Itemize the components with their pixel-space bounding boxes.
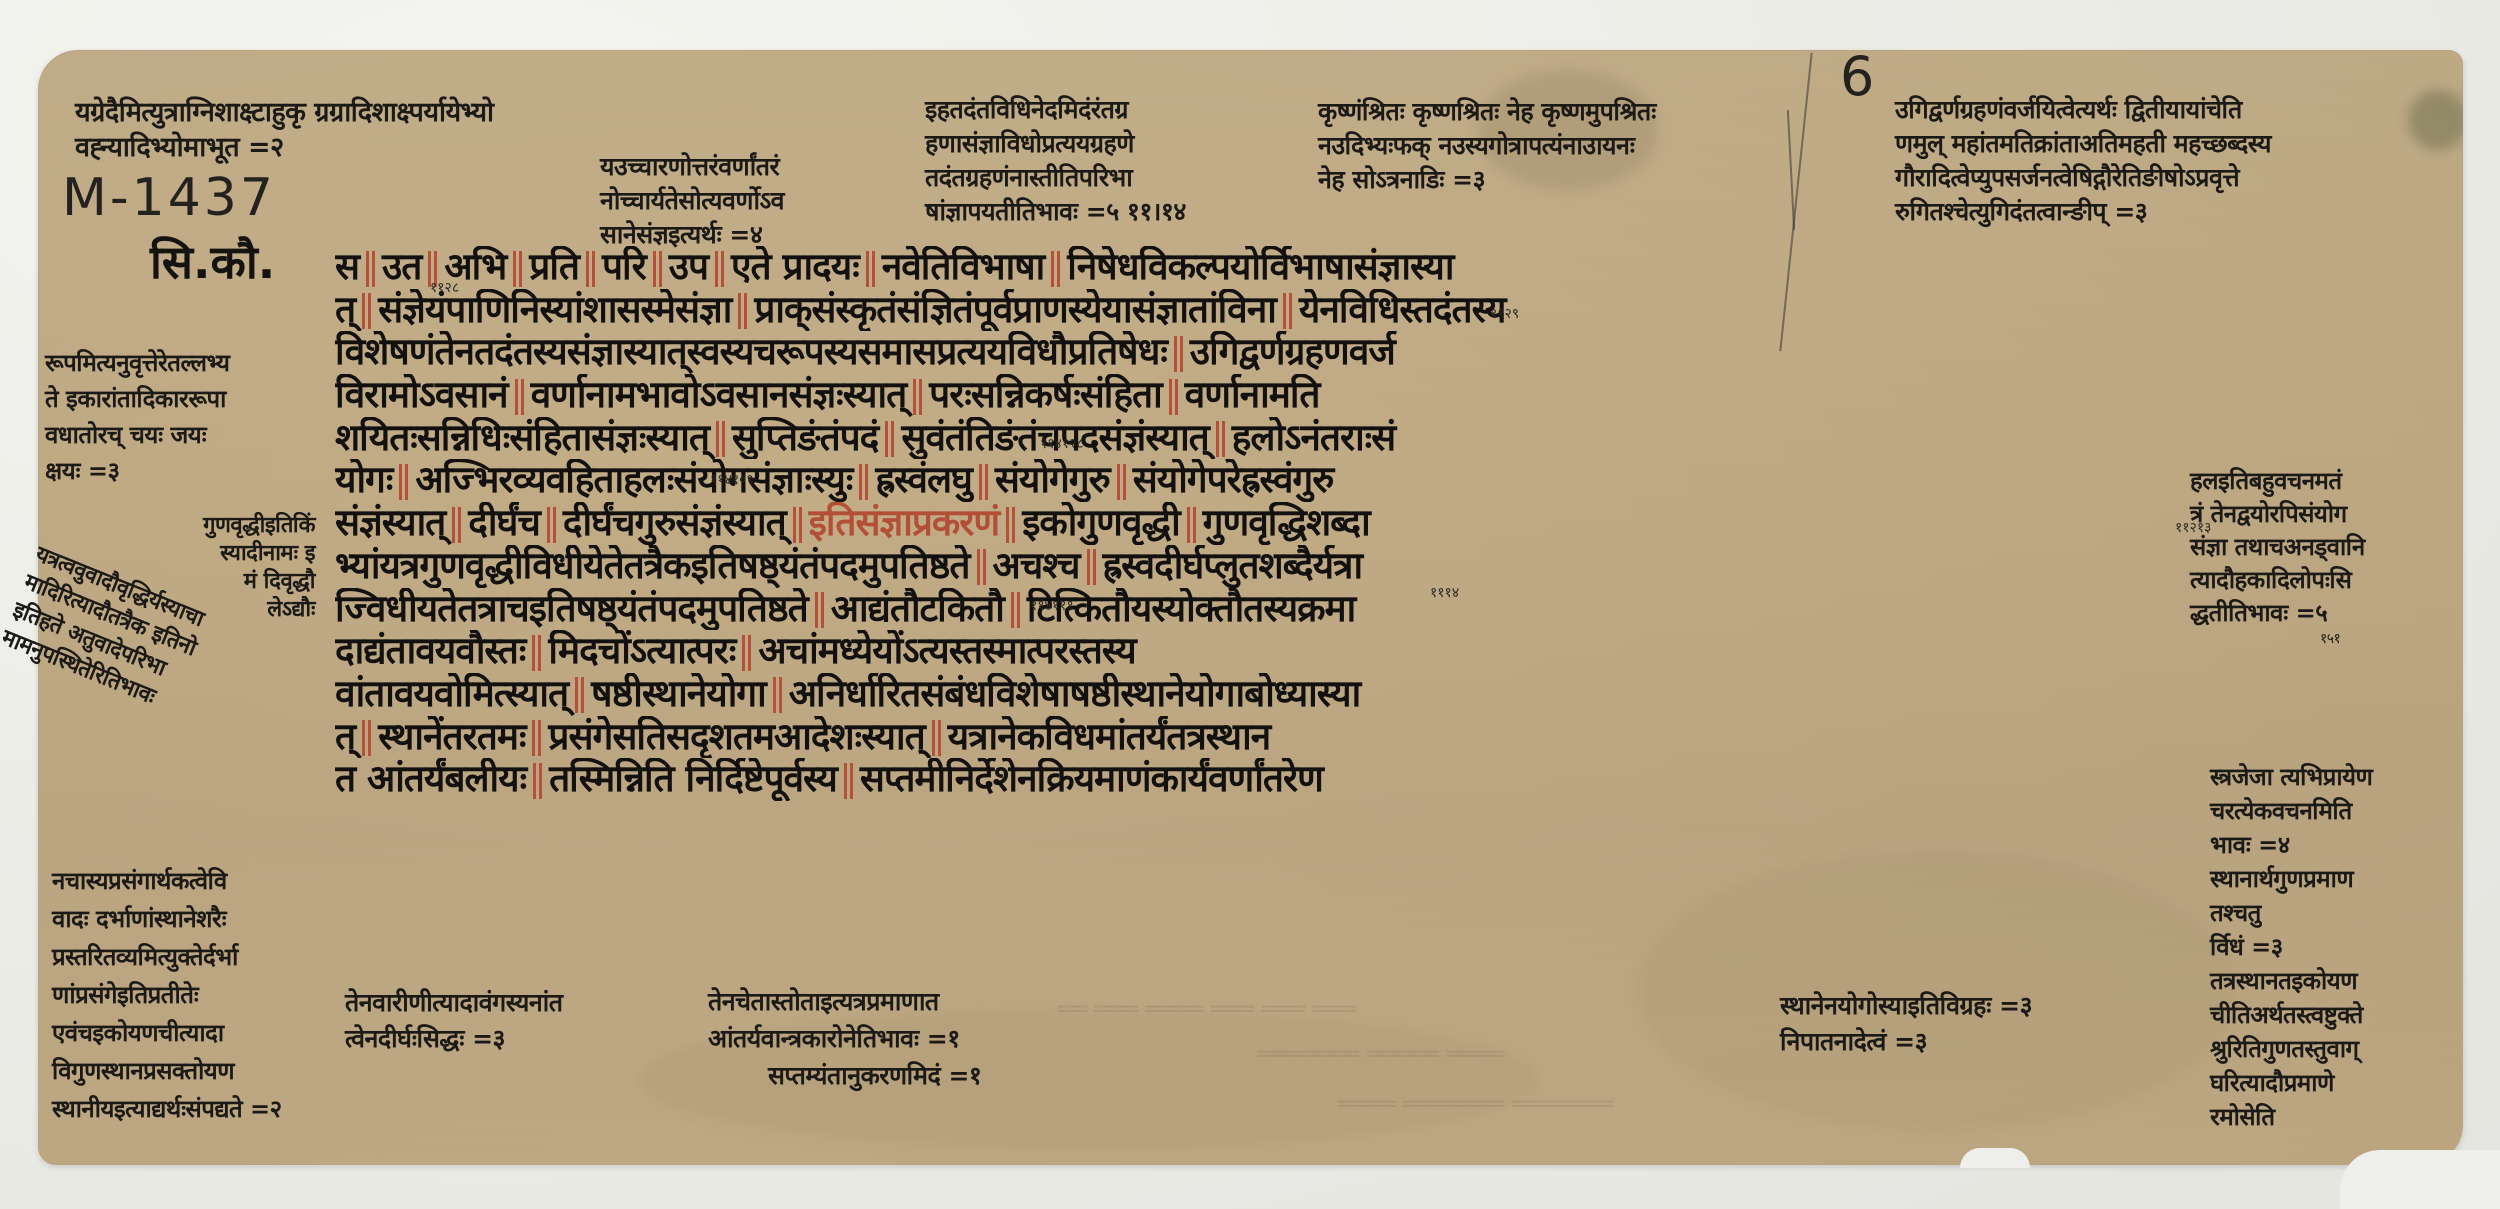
interlinear-sutra-number: ११२१३: [2175, 518, 2211, 537]
red-danda-marker: [451, 507, 462, 543]
marginal-note-bottom-right-center: स्थानेनयोगोस्याइतिविग्रहः =३ निपातनादेत्…: [1780, 988, 2032, 1060]
note-line: यउच्चारणोत्तरंवर्णांतरं: [600, 150, 784, 184]
marginal-note-right-lower: स्त्रजेजा त्यभिप्रायेण चरत्येकवचनमिति भा…: [2210, 760, 2372, 1134]
note-line: वधातोरच्‌ चयः जयः: [45, 417, 229, 453]
main-text-segment: उप: [669, 246, 708, 288]
red-danda-marker: [931, 720, 942, 756]
main-text-segment: स: [335, 246, 359, 288]
red-danda-marker: [574, 677, 585, 713]
main-text-segment: इकोगुणवृद्धी: [1022, 502, 1179, 544]
red-danda-marker: [737, 293, 748, 329]
note-line: वह्न्यादिभ्योमाभूत =२: [75, 130, 494, 165]
note-line: विगुणस्थानप्रसक्तोयण: [52, 1052, 282, 1090]
note-line: निपातनादेत्वं =३: [1780, 1024, 2032, 1060]
note-line: हलइतिबहुवचनमतं: [2190, 465, 2365, 498]
main-text-line: योगःअज्भिरव्यवहिताहलःसंयोगसंज्ञाःस्युःह्…: [335, 459, 2195, 502]
red-danda-marker: [865, 251, 876, 287]
main-text-segment: ह्रस्वदीर्घप्लुतशब्दैर्यत्रा: [1103, 545, 1363, 587]
note-line: गौरादित्वेप्युपसर्जनत्वेषिद्गौरेतिङीषोऽप…: [1895, 161, 2271, 195]
bleed-through-text: ══ ═══ ════ ═══ ═══ ═══: [1058, 995, 1356, 1023]
note-line: चरत्येकवचनमिति: [2210, 794, 2372, 828]
red-danda-marker: [1215, 421, 1226, 457]
red-danda-marker: [714, 251, 725, 287]
marginal-note-top-center-right: कृष्णंश्रितः कृष्णश्रितः नेह कृष्णमुपश्र…: [1318, 95, 1656, 197]
main-text-segment: त आंतर्यंबलीयः: [335, 758, 526, 800]
note-line: भावः =४: [2210, 828, 2372, 862]
folio-number: 6: [1840, 45, 1874, 108]
note-line: स्त्रजेजा त्यभिप्रायेण: [2210, 760, 2372, 794]
interlinear-sutra-number: ११४१११: [1030, 596, 1074, 615]
marginal-note-top-center: इहतदंतविधिनेदमिदंरंतग्र हणासंज्ञाविधोप्र…: [925, 93, 1186, 229]
note-line: घरित्यादौप्रमाणे: [2210, 1066, 2372, 1100]
note-line: तेनचेतास्तोताइत्यत्रप्रमाणात: [708, 983, 981, 1020]
note-line: स्थानेनयोगोस्याइतिविग्रहः =३: [1780, 988, 2032, 1024]
main-text-segment: ज्विधीयतेतत्राचइतिषष्ठ्यंतंपदमुपतिष्ठते: [335, 588, 808, 630]
main-text-segment: यत्रानेकविधमांतर्यंतत्रस्थान: [948, 716, 1271, 758]
main-text-segment: त्‌: [335, 716, 355, 758]
shelf-mark: M-1437: [62, 168, 276, 228]
red-danda-marker: [843, 763, 854, 799]
red-danda-marker: [532, 763, 543, 799]
main-text-segment: इति: [809, 502, 856, 544]
note-line: इहतदंतविधिनेदमिदंरंतग्र: [925, 93, 1186, 127]
main-text-segment: आद्यंतौटकितौ: [831, 588, 1004, 630]
note-line: सप्तम्यंतानुकरणमिदं =१: [708, 1057, 981, 1094]
main-text-segment: तस्मिन्निति निर्दिष्टेपूर्वस्य: [549, 758, 837, 800]
main-text-line: विशेषणंतेनतदंतस्यसंज्ञास्यात्‌स्वस्यचरूप…: [335, 331, 2195, 374]
note-line: १५१: [2190, 630, 2365, 648]
red-danda-marker: [652, 251, 663, 287]
main-text-line: भ्यांयत्रगुणवृद्धीविधीयेतेतत्रैकइतिषष्ठ्…: [335, 545, 2195, 588]
main-text-segment: ह्रस्वंलघु: [875, 459, 972, 501]
main-text-segment: वर्णानामभावोऽवसानसंज्ञःस्यात्‌: [531, 374, 907, 416]
main-text-segment: मिदचोंऽत्यात्परः: [548, 630, 735, 672]
red-danda-marker: [1010, 592, 1021, 628]
note-line: गुणवृद्धीइतिकिं: [130, 512, 315, 540]
note-line: त्रं तेनद्वयोरपिसंयोग: [2190, 498, 2365, 531]
note-line: तदंतग्रहणंनास्तीतिपरिभा: [925, 161, 1186, 195]
main-text-segment: संज्ञंस्यात्‌: [335, 502, 445, 544]
main-text-segment: षष्ठीस्थानेयोगा: [591, 673, 766, 715]
red-danda-marker: [546, 507, 557, 543]
marginal-note-top-center-left: यउच्चारणोत्तरंवर्णांतरं नोच्चार्यतेसोत्य…: [600, 150, 784, 252]
torn-edge: [1960, 1148, 2030, 1168]
main-text-line: त्संज्ञेयंपाणिनिस्यांशासस्मेसंज्ञाप्राक्…: [335, 289, 2195, 332]
note-line: यग्रेदैमित्युत्राग्निशाक्ष्टाहुकृ ग्रग्र…: [75, 95, 494, 130]
red-danda-marker: [772, 677, 783, 713]
red-danda-marker: [1116, 464, 1127, 500]
note-line: नउदिभ्यःफक्‌ नउस्यगोत्रापत्यंनाउायनः: [1318, 129, 1656, 163]
main-text-segment: टित्कितौयस्योक्तौतस्यक्रमा: [1027, 588, 1355, 630]
main-text-segment: दाद्यंतावयवौस्तः: [335, 630, 525, 672]
note-line: णांप्रसंगेइतिप्रतीतेः: [52, 976, 282, 1014]
interlinear-sutra-number: ११२८: [430, 278, 459, 297]
note-line: प्रस्तरितव्यमित्युक्तेर्दर्भा: [52, 938, 282, 976]
note-line: तेनवारीणीत्यादावंगस्यनांत: [345, 985, 563, 1021]
paper-stain: [2408, 90, 2463, 150]
main-text-segment: दीर्घंच: [468, 502, 540, 544]
main-text-segment: त्: [335, 289, 355, 331]
note-line: आंतर्यवान्त्रकारोनेतिभावः =१: [708, 1020, 981, 1057]
note-line: हणासंज्ञाविधोप्रत्ययग्रहणे: [925, 127, 1186, 161]
red-danda-marker: [531, 720, 542, 756]
note-line: रमोसेति: [2210, 1100, 2372, 1134]
red-danda-marker: [1050, 251, 1061, 287]
note-line: नोच्चार्यतेसोत्यवर्णोऽव: [600, 184, 784, 218]
main-text-segment: गुणवृद्धिशब्दा: [1203, 502, 1370, 544]
note-line: तत्रस्थानतइकोयण: [2210, 964, 2372, 998]
main-text-line: ज्विधीयतेतत्राचइतिषष्ठ्यंतंपदमुपतिष्ठतेआ…: [335, 588, 2195, 631]
main-text-segment: अचांमध्येयोंऽत्यस्तस्मात्परस्तस्य: [758, 630, 1135, 672]
main-text-segment: प्राक्‌संस्कृतंसंज्ञितंपूर्वप्राणस्येयास…: [754, 289, 1276, 331]
main-text-segment: प्रसंगेसतिसदृशतमआदेशःस्यात्‌: [548, 716, 924, 758]
note-line: क्षयः =३: [45, 453, 229, 489]
main-text-block: सउतअभिप्रतिपरिउपएते प्रादयःनवेतिविभाषानि…: [335, 246, 2195, 801]
red-danda-marker: [792, 507, 803, 543]
bleed-through-text: ════ ═══════ ═══════: [1338, 1090, 1613, 1118]
main-text-segment: अज्भिरव्यवहिताहलःसंयोगसंज्ञाःस्युः: [415, 459, 852, 501]
note-line: स्थानार्थगुणप्रमाण: [2210, 862, 2372, 896]
main-text-segment: येनविधिस्तदंतस्य: [1299, 289, 1506, 331]
torn-edge: [2340, 1150, 2500, 1209]
red-danda-marker: [1282, 293, 1293, 329]
note-line: कृष्णंश्रितः कृष्णश्रितः नेह कृष्णमुपश्र…: [1318, 95, 1656, 129]
red-danda-marker: [531, 635, 542, 671]
marginal-note-top-left: यग्रेदैमित्युत्राग्निशाक्ष्टाहुकृ ग्रग्र…: [75, 95, 494, 165]
main-text-segment: वर्णानामति: [1185, 374, 1320, 416]
red-danda-marker: [976, 549, 987, 585]
main-text-line: सउतअभिप्रतिपरिउपएते प्रादयःनवेतिविभाषानि…: [335, 246, 2195, 289]
interlinear-sutra-number: १११४: [1430, 583, 1459, 602]
marginal-note-right-upper: हलइतिबहुवचनमतं त्रं तेनद्वयोरपिसंयोग संज…: [2190, 465, 2365, 648]
main-text-segment: विरामोऽवसानं: [335, 374, 508, 416]
main-text-segment: सुप्तिङंतंपदं: [732, 417, 878, 459]
main-text-segment: विशेषणंतेनतदंतस्यसंज्ञास्यात्‌स्वस्यचरूप…: [335, 331, 1167, 373]
marginal-note-left-lower: नचास्यप्रसंगार्थकत्वेवि वादः दर्भाणांस्थ…: [52, 862, 282, 1128]
red-danda-marker: [361, 293, 372, 329]
note-line: चीतिअर्थतस्त्वष्टुक्ते: [2210, 998, 2372, 1032]
marginal-note-top-right: उगिद्वर्णग्रहणंवर्जयित्वेत्यर्थः द्वितीय…: [1895, 93, 2271, 229]
note-line: रुगितश्चेत्युगिदंतत्वान्ङीप्‌ =३: [1895, 195, 2271, 229]
main-text-segment: संयोगेपरेह्रस्वंगुरु: [1133, 459, 1334, 501]
main-text-segment: परि: [602, 246, 646, 288]
main-text-segment: प्रति: [529, 246, 579, 288]
note-line: उगिद्वर्णग्रहणंवर्जयित्वेत्यर्थः द्वितीय…: [1895, 93, 2271, 127]
note-line: णमुल्‌ महांतमतिक्रांताअतिमहती महच्छब्दस्…: [1895, 127, 2271, 161]
main-text-segment: सप्तमीनिर्देशेनक्रियमाणंकार्यंवर्णांतरेण: [860, 758, 1323, 800]
main-text-segment: परःसन्निकर्षःसंहिता: [929, 374, 1162, 416]
note-line: रूपमित्यनुवृत्तेरेतल्लभ्य: [45, 345, 229, 381]
main-text-segment: नवेतिविभाषा: [882, 246, 1045, 288]
main-text-segment: अचश्च: [993, 545, 1080, 587]
main-text-segment: एते प्रादयः: [731, 246, 859, 288]
red-danda-marker: [365, 251, 376, 287]
note-line: एवंचइकोयणचीत्यादा: [52, 1014, 282, 1052]
red-danda-marker: [814, 592, 825, 628]
main-text-segment: भ्यांयत्रगुणवृद्धीविधीयेतेतत्रैकइतिषष्ठ्…: [335, 545, 970, 587]
red-danda-marker: [1086, 549, 1097, 585]
interlinear-sutra-number: ११४१२८: [1040, 434, 1084, 453]
note-line: त्वेनदीर्घःसिद्धः =३: [345, 1021, 563, 1057]
main-text-line: शयितःसन्निधिःसंहितासंज्ञःस्यात्‌सुप्तिङं…: [335, 417, 2195, 460]
red-danda-marker: [585, 251, 596, 287]
red-danda-marker: [514, 379, 525, 415]
marginal-note-bottom-center: तेनचेतास्तोताइत्यत्रप्रमाणात आंतर्यवान्त…: [708, 983, 981, 1094]
main-text-line: दाद्यंतावयवौस्तःमिदचोंऽत्यात्परःअचांमध्य…: [335, 630, 2195, 673]
main-text-segment: संयोगेगुरु: [995, 459, 1110, 501]
main-text-segment: शयितःसन्निधिःसंहितासंज्ञःस्यात्‌: [335, 417, 709, 459]
main-text-segment: वांतावयवोमित्स्यात्‌: [335, 673, 568, 715]
main-text-segment: योगः: [335, 459, 392, 501]
main-text-line: त आंतर्यंबलीयःतस्मिन्निति निर्दिष्टेपूर्…: [335, 758, 2195, 801]
note-line: नचास्यप्रसंगार्थकत्वेवि: [52, 862, 282, 900]
red-danda-marker: [1186, 507, 1197, 543]
note-line: स्यादीनामः इ: [130, 540, 315, 568]
main-text-segment: उगिद्वर्णग्रहणवर्ज: [1190, 331, 1395, 373]
note-line: ते इकारांतादिकाररूपा: [45, 381, 229, 417]
red-danda-marker: [715, 421, 726, 457]
red-danda-marker: [912, 379, 923, 415]
red-danda-marker: [1173, 336, 1184, 372]
red-danda-marker: [978, 464, 989, 500]
text-title-abbreviation: सि.कौ.: [150, 230, 275, 292]
note-line: नेह सोऽत्रनाडिः =३: [1318, 163, 1656, 197]
note-line: संज्ञा तथाचअनड्वानि: [2190, 531, 2365, 564]
main-text-line: त्‌स्थानेंतरतमःप्रसंगेसतिसदृशतमआदेशःस्या…: [335, 716, 2195, 759]
red-danda-marker: [1005, 507, 1016, 543]
main-text-line: संज्ञंस्यात्‌दीर्घंचदीर्घंचगुरुसंज्ञंस्य…: [335, 502, 2195, 545]
marginal-note-left-upper: रूपमित्यनुवृत्तेरेतल्लभ्य ते इकारांतादिक…: [45, 345, 229, 489]
bleed-through-text: ═══════ ═════ ════: [1258, 1040, 1504, 1068]
main-text-line: विरामोऽवसानंवर्णानामभावोऽवसानसंज्ञःस्यात…: [335, 374, 2195, 417]
note-line: तश्चतु: [2210, 896, 2372, 930]
red-danda-marker: [398, 464, 409, 500]
main-text-segment: उत: [382, 246, 421, 288]
interlinear-sutra-number: ११४१०९: [710, 470, 754, 489]
red-danda-marker: [741, 635, 752, 671]
red-danda-marker: [361, 720, 372, 756]
note-line: त्यादौहकादिलोपःसि: [2190, 564, 2365, 597]
main-text-segment: स्थानेंतरतमः: [378, 716, 525, 758]
main-text-segment: दीर्घंचगुरुसंज्ञंस्यात्‌: [563, 502, 786, 544]
note-line: षांज्ञापयतीतिभावः =५ ११।१४: [925, 195, 1186, 229]
note-line: श्रुरितिगुणतस्तुवाग्‌: [2210, 1032, 2372, 1066]
main-text-segment: निषेधविकल्पयोर्विभाषासंज्ञास्या: [1067, 246, 1453, 288]
red-danda-marker: [884, 421, 895, 457]
red-danda-marker: [512, 251, 523, 287]
note-line: र्विधं =३: [2210, 930, 2372, 964]
note-line: द्धतीतिभावः =५: [2190, 597, 2365, 630]
main-text-segment: हलोऽनंतराःसं: [1232, 417, 1395, 459]
note-line: वादः दर्भाणांस्थानेशरैः: [52, 900, 282, 938]
interlinear-sutra-number: ११२९: [1490, 304, 1519, 323]
note-line: स्थानीयइत्याद्यर्थःसंपद्यते =२: [52, 1090, 282, 1128]
marginal-note-bottom-center-left: तेनवारीणीत्यादावंगस्यनांत त्वेनदीर्घःसिद…: [345, 985, 563, 1057]
red-danda-marker: [1168, 379, 1179, 415]
main-text-line: वांतावयवोमित्स्यात्‌षष्ठीस्थानेयोगाअनिर्…: [335, 673, 2195, 716]
red-danda-marker: [858, 464, 869, 500]
main-text-segment: अनिर्धारितसंबंधविशेषाषष्ठीस्थानेयोगाबोध्…: [789, 673, 1360, 715]
main-text-segment: संज्ञाप्रकरणं: [856, 502, 1000, 544]
